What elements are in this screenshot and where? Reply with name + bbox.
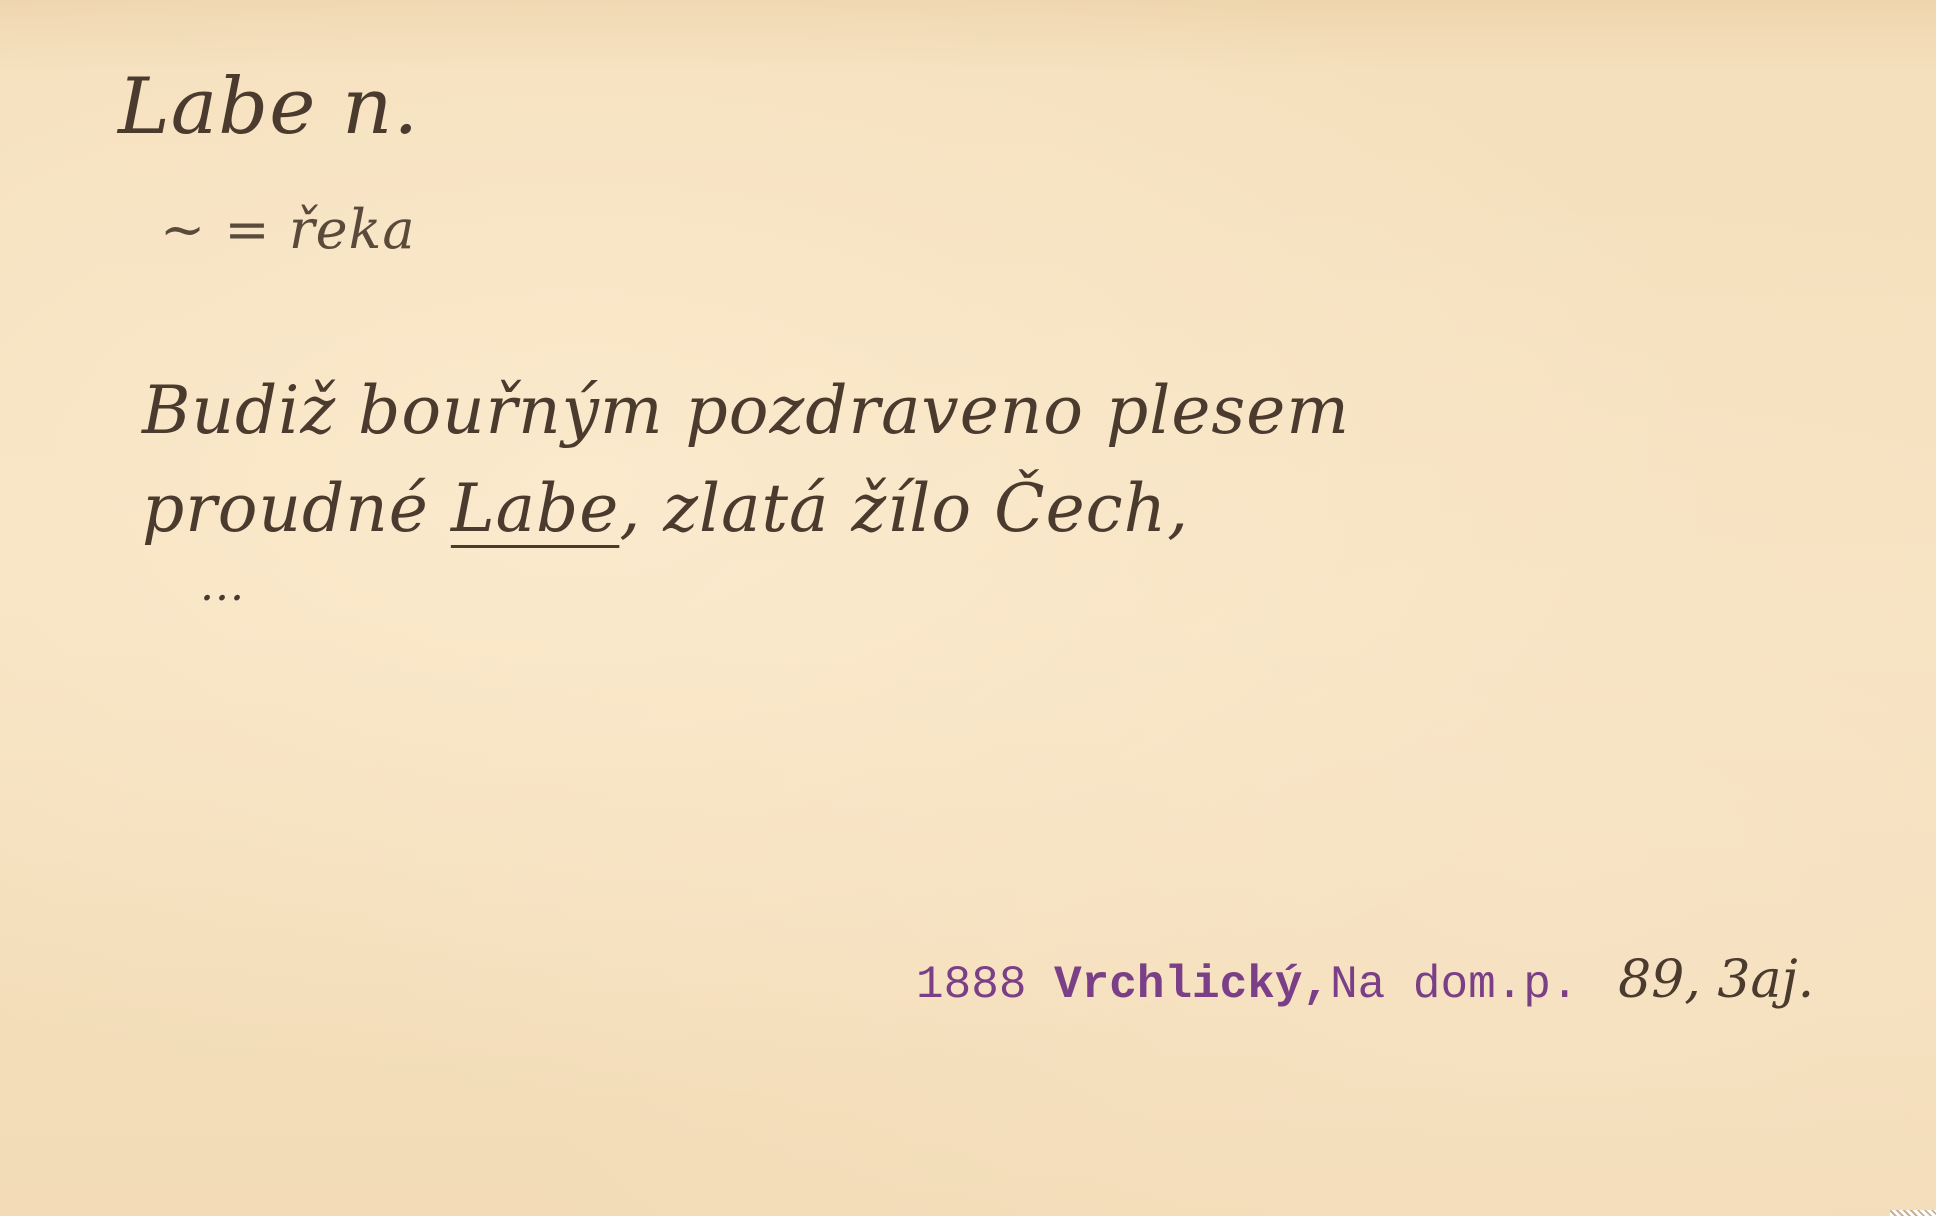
quotation-ellipsis: ... <box>200 560 245 611</box>
source-stamp: 1888 Vrchlický,Na dom.p. 89, 3aj. <box>916 950 1814 1011</box>
headword: Labe n. <box>118 62 419 152</box>
source-author: Vrchlický, <box>1054 959 1330 1011</box>
scan-corner-mark <box>1890 1210 1936 1216</box>
quote-text-before: proudné <box>142 470 451 547</box>
quote-text-after: , zlatá žílo Čech, <box>619 470 1189 547</box>
underlined-headword: Labe <box>451 470 619 547</box>
quotation-line-1: Budiž bouřným pozdraveno plesem <box>142 372 1350 449</box>
source-work: Na dom.p. <box>1330 959 1578 1011</box>
source-year: 1888 <box>916 959 1026 1011</box>
source-pages: 89, 3aj. <box>1618 950 1814 1010</box>
dictionary-index-card: Labe n. ~ = řeka Budiž bouřným pozdraven… <box>0 0 1936 1216</box>
quotation-line-2: proudné Labe, zlatá žílo Čech, <box>142 470 1189 547</box>
sense-definition: ~ = řeka <box>160 198 416 261</box>
